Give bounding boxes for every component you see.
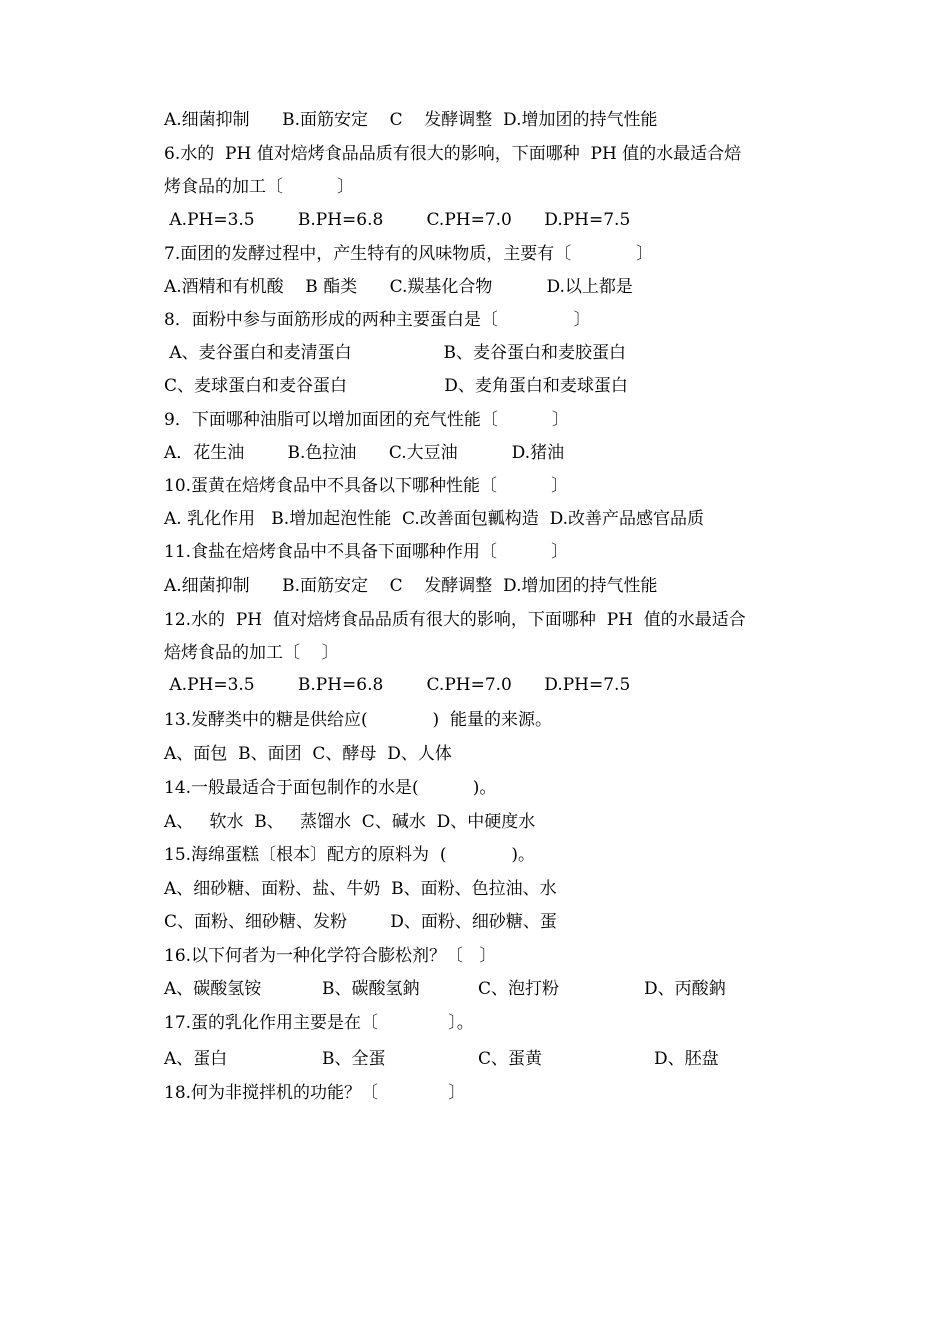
q16-option-b: B、碳酸氢鈉	[322, 978, 420, 1000]
q17-option-b: B、全蛋	[322, 1048, 386, 1070]
q17-option-a: A、蛋白	[164, 1048, 227, 1070]
q8-options-ab: A、麦谷蛋白和麦清蛋白 B、麦谷蛋白和麦胶蛋白	[164, 342, 626, 364]
q17-option-c: C、蛋黄	[478, 1048, 542, 1070]
q12-title: 12.水的 PH 值对焙烤食品品质有很大的影响，下面哪种 PH 值的水最适合	[164, 609, 746, 631]
q16-option-a: A、碳酸氢铵	[164, 978, 261, 1000]
q6-title: 6.水的 PH 值对焙烤食品品质有很大的影响，下面哪种 PH 值的水最适合焙	[164, 143, 741, 165]
q16-title: 16.以下何者为一种化学符合膨松剂？〔 〕	[164, 945, 496, 967]
q9-options: A．花生油 B.色拉油 C.大豆油 D.猪油	[164, 442, 564, 464]
q14-title: 14.一般最适合于面包制作的水是( )。	[164, 777, 496, 799]
q18-title: 18.何为非搅拌机的功能？〔 〕	[164, 1082, 465, 1104]
q10-options: A. 乳化作用 B.增加起泡性能 C.改善面包瓤构造 D.改善产品感官品质	[164, 508, 704, 530]
q15-options-ab: A、细砂糖、面粉、盐、牛奶 B、面粉、色拉油、水	[164, 878, 557, 900]
q9-title: 9．下面哪种油脂可以增加面团的充气性能〔 〕	[164, 409, 569, 431]
q16-option-d: D、丙酸鈉	[644, 978, 726, 1000]
q17-option-d: D、胚盘	[654, 1048, 719, 1070]
q8-title: 8．面粉中参与面筋形成的两种主要蛋白是〔 〕	[164, 309, 590, 331]
q10-title: 10.蛋黄在焙烤食品中不具备以下哪种性能〔 〕	[164, 475, 568, 497]
q15-title: 15.海绵蛋糕〔根本〕配方的原料为 ( )。	[164, 844, 535, 866]
q16-option-c: C、泡打粉	[478, 978, 559, 1000]
q5-options: A.细菌抑制 B.面筋安定 C 发酵调整 D.增加团的持气性能	[164, 109, 657, 131]
q6-options: A.PH=3.5 B.PH=6.8 C.PH=7.0 D.PH=7.5	[164, 209, 630, 231]
q8-options-cd: C、麦球蛋白和麦谷蛋白 D、麦角蛋白和麦球蛋白	[164, 375, 628, 397]
q17-title: 17.蛋的乳化作用主要是在〔 〕。	[164, 1012, 474, 1034]
q12-title-cont: 焙烤食品的加工〔 〕	[164, 642, 339, 664]
q7-options: A.酒精和有机酸 B 酯类 C.羰基化合物 D.以上都是	[164, 276, 633, 298]
q13-options: A、面包 B、面团 C、酵母 D、人体	[164, 743, 452, 765]
q11-options: A.细菌抑制 B.面筋安定 C 发酵调整 D.增加团的持气性能	[164, 575, 657, 597]
q13-title: 13.发酵类中的糖是供给应( ) 能量的来源。	[164, 709, 552, 731]
q14-options: A、 软水 B、 蒸馏水 C、碱水 D、中硬度水	[164, 811, 535, 833]
q12-options: A.PH=3.5 B.PH=6.8 C.PH=7.0 D.PH=7.5	[164, 674, 630, 696]
document-page: A.细菌抑制 B.面筋安定 C 发酵调整 D.增加团的持气性能 6.水的 PH …	[0, 0, 950, 1343]
q7-title: 7.面团的发酵过程中，产生特有的风味物质，主要有〔 〕	[164, 243, 653, 265]
q11-title: 11.食盐在焙烤食品中不具备下面哪种作用〔 〕	[164, 541, 568, 563]
q15-options-cd: C、面粉、细砂糖、发粉 D、面粉、细砂糖、蛋	[164, 911, 557, 933]
q6-title-cont: 烤食品的加工〔 〕	[164, 176, 354, 198]
